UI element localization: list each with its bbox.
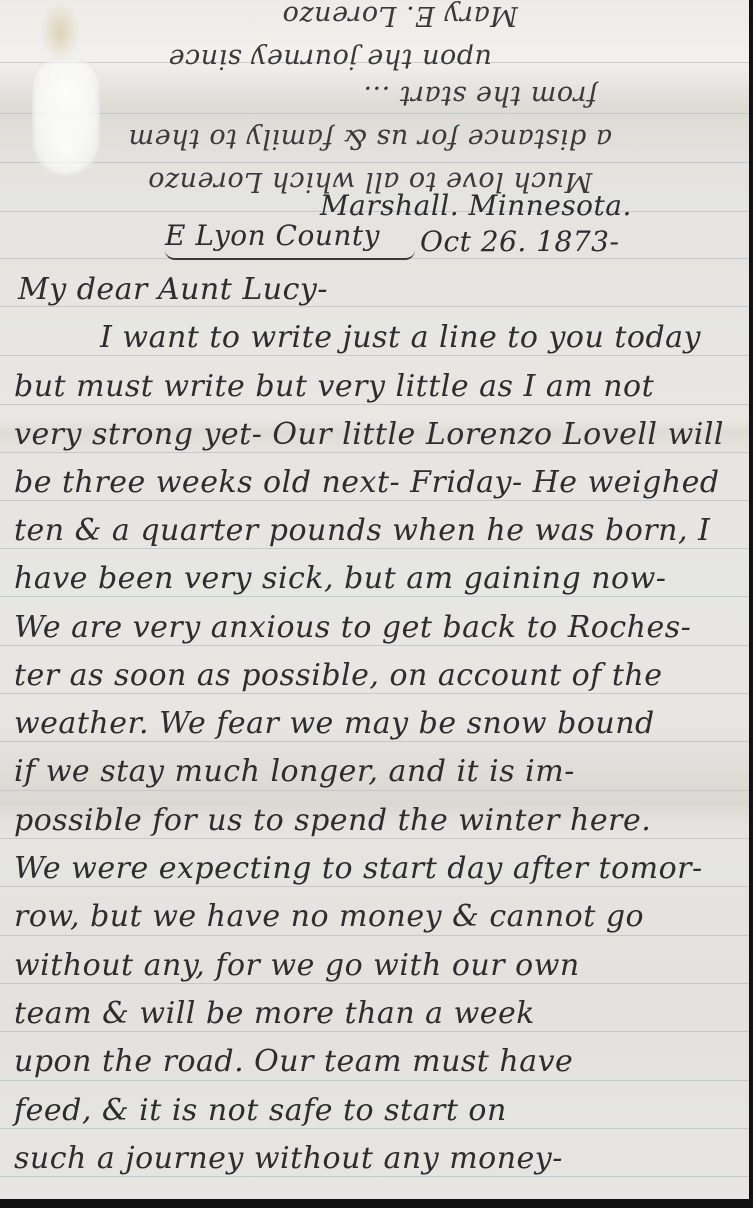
body-line: such a journey without any money-: [14, 1144, 563, 1174]
body-line: We were expecting to start day after tom…: [14, 854, 703, 884]
ruled-line: [0, 693, 749, 694]
postscript-line: from the start ...: [230, 82, 730, 109]
paper-stain: [40, 2, 80, 62]
salutation: My dear Aunt Lucy-: [18, 275, 328, 305]
postscript-line: upon the journey since: [90, 45, 570, 72]
body-line: very strong yet- Our little Lorenzo Love…: [14, 420, 724, 450]
ruled-line: [0, 838, 749, 839]
body-line: be three weeks old next- Friday- He weig…: [14, 468, 720, 498]
body-line: without any, for we go with our own: [14, 951, 580, 981]
ruled-line: [0, 1080, 749, 1081]
body-line: I want to write just a line to you today: [100, 323, 701, 353]
letter-date: Oct 26. 1873-: [420, 228, 619, 256]
ruled-line: [0, 886, 749, 887]
ruled-line: [0, 983, 749, 984]
letter-place: Marshall. Minnesota.: [320, 192, 632, 220]
ruled-line: [0, 548, 749, 549]
ruled-line: [0, 741, 749, 742]
ruled-line: [0, 645, 749, 646]
letter-page: Mary E. Lorenzo upon the journey since f…: [0, 0, 749, 1199]
ruled-line: [0, 404, 749, 405]
letter-county: E Lyon County: [165, 222, 380, 250]
ruled-line: [0, 1176, 749, 1177]
body-line: ter as soon as possible, on account of t…: [14, 661, 663, 691]
body-line: We are very anxious to get back to Roche…: [14, 613, 691, 643]
body-line: but must write but very little as I am n…: [14, 372, 654, 402]
body-line: if we stay much longer, and it is im-: [14, 757, 575, 787]
ruled-line: [0, 1031, 749, 1032]
ruled-line: [0, 113, 749, 114]
ruled-line: [0, 790, 749, 791]
body-line: feed, & it is not safe to start on: [14, 1096, 507, 1126]
ruled-line: [0, 500, 749, 501]
body-line: row, but we have no money & cannot go: [14, 902, 644, 932]
postscript-line: Mary E. Lorenzo: [250, 2, 550, 29]
body-line: ten & a quarter pounds when he was born,…: [14, 516, 710, 546]
body-line: upon the road. Our team must have: [14, 1047, 573, 1077]
body-line: possible for us to spend the winter here…: [14, 806, 651, 836]
embossed-crest-icon: [32, 58, 100, 176]
body-line: have been very sick, but am gaining now-: [14, 564, 666, 594]
county-underline: [165, 250, 415, 260]
body-line: team & will be more than a week: [14, 999, 535, 1029]
postscript-line: a distance for us & family to them: [10, 125, 730, 152]
ruled-line: [0, 596, 749, 597]
ruled-line: [0, 935, 749, 936]
ruled-line: [0, 1128, 749, 1129]
body-line: weather. We fear we may be snow bound: [14, 709, 655, 739]
ruled-line: [0, 355, 749, 356]
ruled-line: [0, 162, 749, 163]
ruled-line: [0, 452, 749, 453]
